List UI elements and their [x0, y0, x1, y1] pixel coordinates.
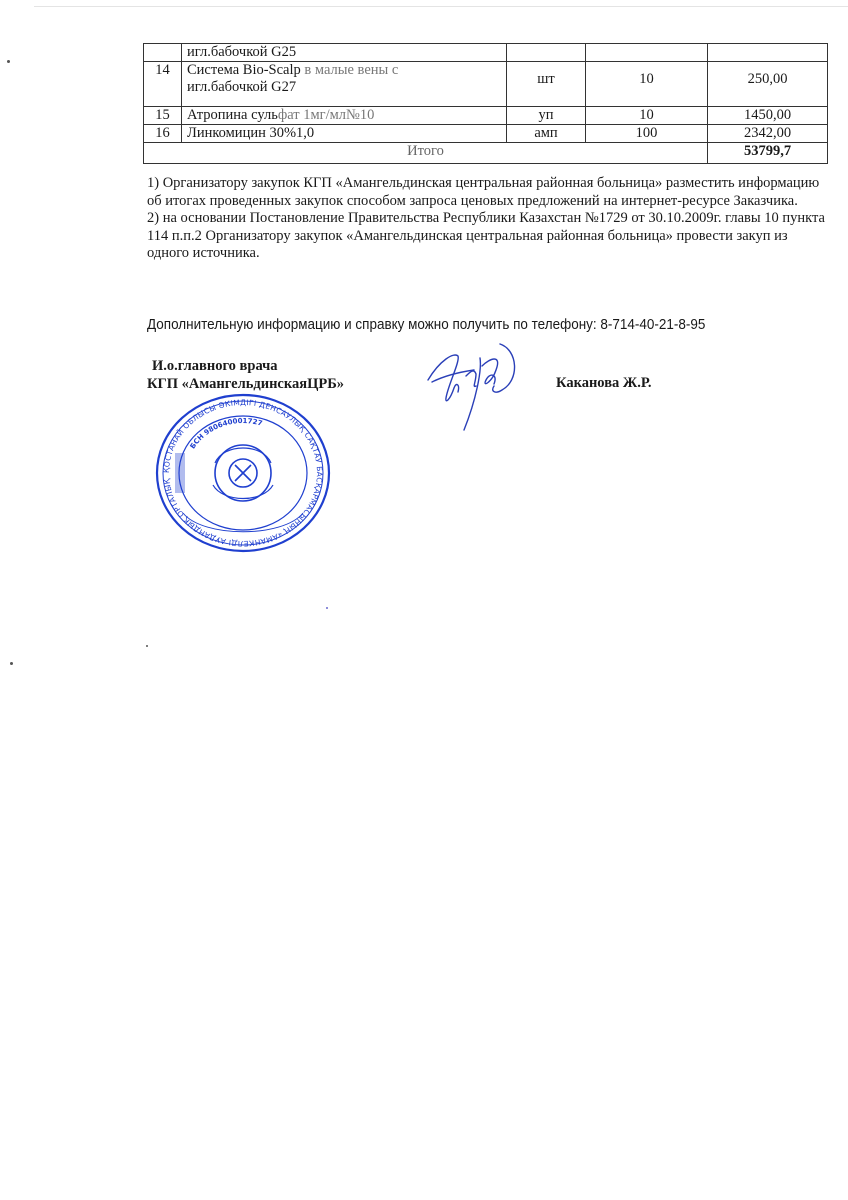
total-label: Итого	[144, 143, 708, 164]
page-edge	[34, 6, 848, 7]
item-price: 1450,00	[708, 107, 828, 125]
scan-speck	[146, 645, 148, 647]
item-unit: амп	[507, 125, 586, 143]
item-unit	[507, 44, 586, 62]
item-qty: 10	[586, 107, 708, 125]
position-title: И.о.главного врача	[147, 357, 344, 375]
table-row: 14 Система Bio-Scalp в малые вены сигл.б…	[144, 62, 828, 107]
item-unit: уп	[507, 107, 586, 125]
scan-speck	[7, 60, 10, 63]
stamp-bsn: БСН 980640001727	[189, 417, 264, 450]
row-number: 16	[144, 125, 182, 143]
scan-speck	[10, 662, 13, 665]
item-price: 250,00	[708, 62, 828, 107]
organization-name: КГП «АмангельдинскаяЦРБ»	[147, 375, 344, 393]
official-stamp-icon: ҚОСТАНАЙ ОБЛЫСЫ ӘКІМДІГІ ДЕНСАУЛЫҚ САҚТА…	[153, 393, 333, 553]
item-qty: 10	[586, 62, 708, 107]
contact-info: Дополнительную информацию и справку можн…	[147, 317, 705, 333]
table-row: 15 Атропина сульфат 1мг/мл№10 уп 10 1450…	[144, 107, 828, 125]
svg-text:БСН 980640001727: БСН 980640001727	[189, 417, 264, 450]
item-price	[708, 44, 828, 62]
row-number	[144, 44, 182, 62]
paragraph-1: 1) Организатору закупок КГП «Амангельдин…	[147, 175, 827, 210]
items-table: игл.бабочкой G25 14 Система Bio-Scalp в …	[143, 43, 828, 164]
table-row: 16 Линкомицин 30%1,0 амп 100 2342,00	[144, 125, 828, 143]
item-name: Линкомицин 30%1,0	[182, 125, 507, 143]
signer-name: Каканова Ж.Р.	[556, 375, 652, 392]
item-name: игл.бабочкой G25	[182, 44, 507, 62]
scan-speck	[326, 607, 328, 609]
signatory-title: И.о.главного врача КГП «АмангельдинскаяЦ…	[147, 357, 344, 393]
table-row: игл.бабочкой G25	[144, 44, 828, 62]
item-unit: шт	[507, 62, 586, 107]
item-qty: 100	[586, 125, 708, 143]
item-qty	[586, 44, 708, 62]
row-number: 15	[144, 107, 182, 125]
total-value: 53799,7	[708, 143, 828, 164]
row-number: 14	[144, 62, 182, 107]
decision-paragraphs: 1) Организатору закупок КГП «Амангельдин…	[147, 175, 827, 263]
item-price: 2342,00	[708, 125, 828, 143]
total-row: Итого 53799,7	[144, 143, 828, 164]
paragraph-2: 2) на основании Постановление Правительс…	[147, 210, 827, 263]
item-name: Система Bio-Scalp в малые вены сигл.бабо…	[182, 62, 507, 107]
handwritten-signature-icon	[420, 340, 530, 435]
item-name: Атропина сульфат 1мг/мл№10	[182, 107, 507, 125]
